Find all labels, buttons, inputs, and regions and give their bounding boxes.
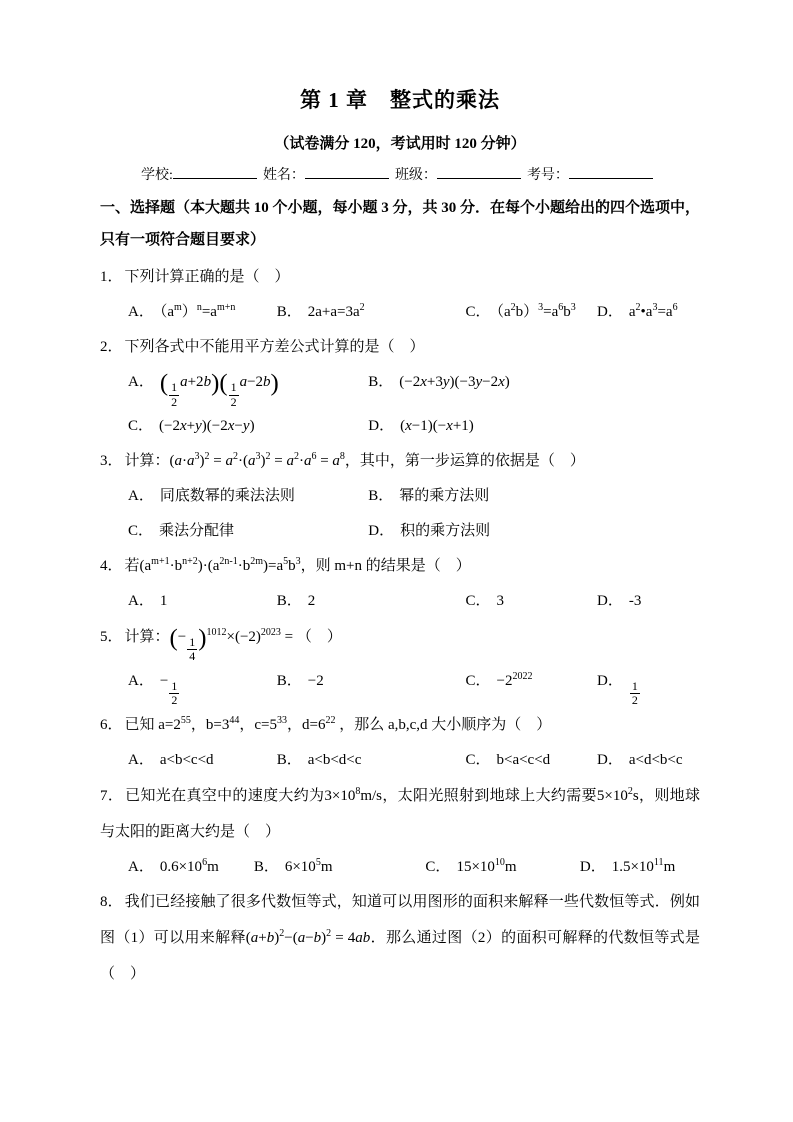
- exam-paper-page: 第 1 章 整式的乘法 （试卷满分 120，考试用时 120 分钟） 学校: 姓…: [0, 0, 793, 1122]
- question-3-option-d: D．积的乘方法则: [368, 514, 700, 549]
- question-5-option-b: B．−2: [277, 664, 466, 708]
- question-1-stem: 1．下列计算正确的是（ ）: [100, 259, 700, 295]
- name-blank-line: [305, 163, 389, 179]
- question-6-option-c: C．b<a<c<d: [465, 743, 597, 778]
- question-7-option-b: B．6×105m: [254, 850, 426, 885]
- question-7-text: 已知光在真空中的速度大约为3×108m/s，太阳光照射到地球上大约需要5×102…: [100, 788, 700, 840]
- question-6-option-b: B．a<b<d<c: [277, 743, 466, 778]
- school-blank-line: [173, 163, 257, 179]
- question-3-stem: 3．计算：(a·a3)2 = a2·(a3)2 = a2·a6 = a8，其中，…: [100, 443, 700, 479]
- question-4-number: 4．: [100, 558, 123, 574]
- question-2-options: A．(12a+2b)(12a−2b) B．(−2x+3y)(−3y−2x) C．…: [100, 365, 700, 443]
- question-8-number: 8．: [100, 894, 123, 910]
- question-6-options: A．a<b<c<d B．a<b<d<c C．b<a<c<d D．a<d<b<c: [100, 743, 700, 778]
- exam-number-label: 考号：: [527, 168, 569, 183]
- question-6: 6．已知 a=255，b=344，c=533，d=622 ，那么 a,b,c,d…: [100, 707, 700, 778]
- question-1-option-c: C．（a2b）3=a6b3: [465, 295, 597, 330]
- question-5-option-a: A．−12: [128, 664, 277, 708]
- question-4: 4．若(am+1·bn+2)·(a2n-1·b2m)=a5b3，则 m+n 的结…: [100, 548, 700, 619]
- question-2-option-c: C．(−2x+y)(−2x−y): [128, 409, 368, 444]
- name-label: 姓名：: [263, 168, 305, 183]
- question-3-text: 计算：(a·a3)2 = a2·(a3)2 = a2·a6 = a8，其中，第一…: [125, 453, 585, 469]
- question-7-option-c: C．15×1010m: [425, 850, 579, 885]
- question-2-number: 2．: [100, 339, 123, 355]
- question-7: 7．已知光在真空中的速度大约为3×108m/s，太阳光照射到地球上大约需要5×1…: [100, 778, 700, 885]
- question-2-stem: 2．下列各式中不能用平方差公式计算的是（ ）: [100, 329, 700, 365]
- question-4-option-c: C．3: [465, 584, 597, 619]
- question-3-option-c: C．乘法分配律: [128, 514, 368, 549]
- class-label: 班级：: [395, 168, 437, 183]
- question-2-text: 下列各式中不能用平方差公式计算的是（ ）: [125, 339, 425, 355]
- name-field: 姓名：: [263, 163, 395, 184]
- question-3: 3．计算：(a·a3)2 = a2·(a3)2 = a2·a6 = a8，其中，…: [100, 443, 700, 548]
- class-blank-line: [437, 163, 521, 179]
- question-6-text: 已知 a=255，b=344，c=533，d=622 ，那么 a,b,c,d 大…: [125, 717, 552, 733]
- question-5-stem: 5．计算：(−14)1012×(−2)2023 = （ ）: [100, 619, 700, 664]
- question-5-option-d: D．12: [597, 664, 700, 708]
- question-6-option-a: A．a<b<c<d: [128, 743, 277, 778]
- question-5: 5．计算：(−14)1012×(−2)2023 = （ ） A．−12 B．−2…: [100, 619, 700, 708]
- question-3-options: A．同底数幂的乘法法则 B．幂的乘方法则 C．乘法分配律 D．积的乘方法则: [100, 479, 700, 548]
- question-7-stem: 7．已知光在真空中的速度大约为3×108m/s，太阳光照射到地球上大约需要5×1…: [100, 778, 700, 850]
- school-label: 学校:: [141, 168, 173, 183]
- school-field: 学校:: [141, 163, 263, 184]
- question-6-number: 6．: [100, 717, 123, 733]
- question-1-options: A．（am）n=am+n B．2a+a=3a2 C．（a2b）3=a6b3 D．…: [100, 295, 700, 330]
- question-2: 2．下列各式中不能用平方差公式计算的是（ ） A．(12a+2b)(12a−2b…: [100, 329, 700, 443]
- exam-subtitle: （试卷满分 120，考试用时 120 分钟）: [100, 132, 700, 153]
- question-8-stem: 8．我们已经接触了很多代数恒等式，知道可以用图形的面积来解释一些代数恒等式．例如…: [100, 884, 700, 992]
- question-1-option-a: A．（am）n=am+n: [128, 295, 277, 330]
- section-1-heading: 一、选择题（本大题共 10 个小题，每小题 3 分，共 30 分．在每个小题给出…: [100, 192, 700, 257]
- question-1-number: 1．: [100, 269, 123, 285]
- question-4-text: 若(am+1·bn+2)·(a2n-1·b2m)=a5b3，则 m+n 的结果是…: [125, 558, 471, 574]
- question-8-text: 我们已经接触了很多代数恒等式，知道可以用图形的面积来解释一些代数恒等式．例如图（…: [100, 894, 700, 982]
- question-7-option-d: D．1.5×1011m: [580, 850, 700, 885]
- class-field: 班级：: [395, 163, 527, 184]
- question-8: 8．我们已经接触了很多代数恒等式，知道可以用图形的面积来解释一些代数恒等式．例如…: [100, 884, 700, 992]
- question-4-option-a: A．1: [128, 584, 277, 619]
- question-4-option-d: D．-3: [597, 584, 700, 619]
- question-1-option-d: D．a2•a3=a6: [597, 295, 700, 330]
- question-4-stem: 4．若(am+1·bn+2)·(a2n-1·b2m)=a5b3，则 m+n 的结…: [100, 548, 700, 584]
- question-4-option-b: B．2: [277, 584, 466, 619]
- question-7-option-a: A．0.6×106m: [128, 850, 254, 885]
- question-7-options: A．0.6×106m B．6×105m C．15×1010m D．1.5×101…: [100, 850, 700, 885]
- question-6-option-d: D．a<d<b<c: [597, 743, 700, 778]
- exam-number-field: 考号：: [527, 163, 659, 184]
- question-5-text: 计算：(−14)1012×(−2)2023 = （ ）: [125, 629, 342, 645]
- question-2-option-b: B．(−2x+3y)(−3y−2x): [368, 365, 700, 409]
- student-info-line: 学校: 姓名： 班级： 考号：: [100, 163, 700, 184]
- question-6-stem: 6．已知 a=255，b=344，c=533，d=622 ，那么 a,b,c,d…: [100, 707, 700, 743]
- question-2-option-d: D．(x−1)(−x+1): [368, 409, 700, 444]
- question-3-option-a: A．同底数幂的乘法法则: [128, 479, 368, 514]
- question-5-number: 5．: [100, 629, 123, 645]
- question-1-text: 下列计算正确的是（ ）: [125, 269, 290, 285]
- question-1-option-b: B．2a+a=3a2: [277, 295, 466, 330]
- question-5-options: A．−12 B．−2 C．−22022 D．12: [100, 664, 700, 708]
- question-4-options: A．1 B．2 C．3 D．-3: [100, 584, 700, 619]
- question-7-number: 7．: [100, 788, 123, 804]
- question-1: 1．下列计算正确的是（ ） A．（am）n=am+n B．2a+a=3a2 C．…: [100, 259, 700, 330]
- question-3-option-b: B．幂的乘方法则: [368, 479, 700, 514]
- exam-number-blank-line: [569, 163, 653, 179]
- question-2-option-a: A．(12a+2b)(12a−2b): [128, 365, 368, 409]
- question-5-option-c: C．−22022: [465, 664, 597, 708]
- question-3-number: 3．: [100, 453, 123, 469]
- page-title: 第 1 章 整式的乘法: [100, 84, 700, 114]
